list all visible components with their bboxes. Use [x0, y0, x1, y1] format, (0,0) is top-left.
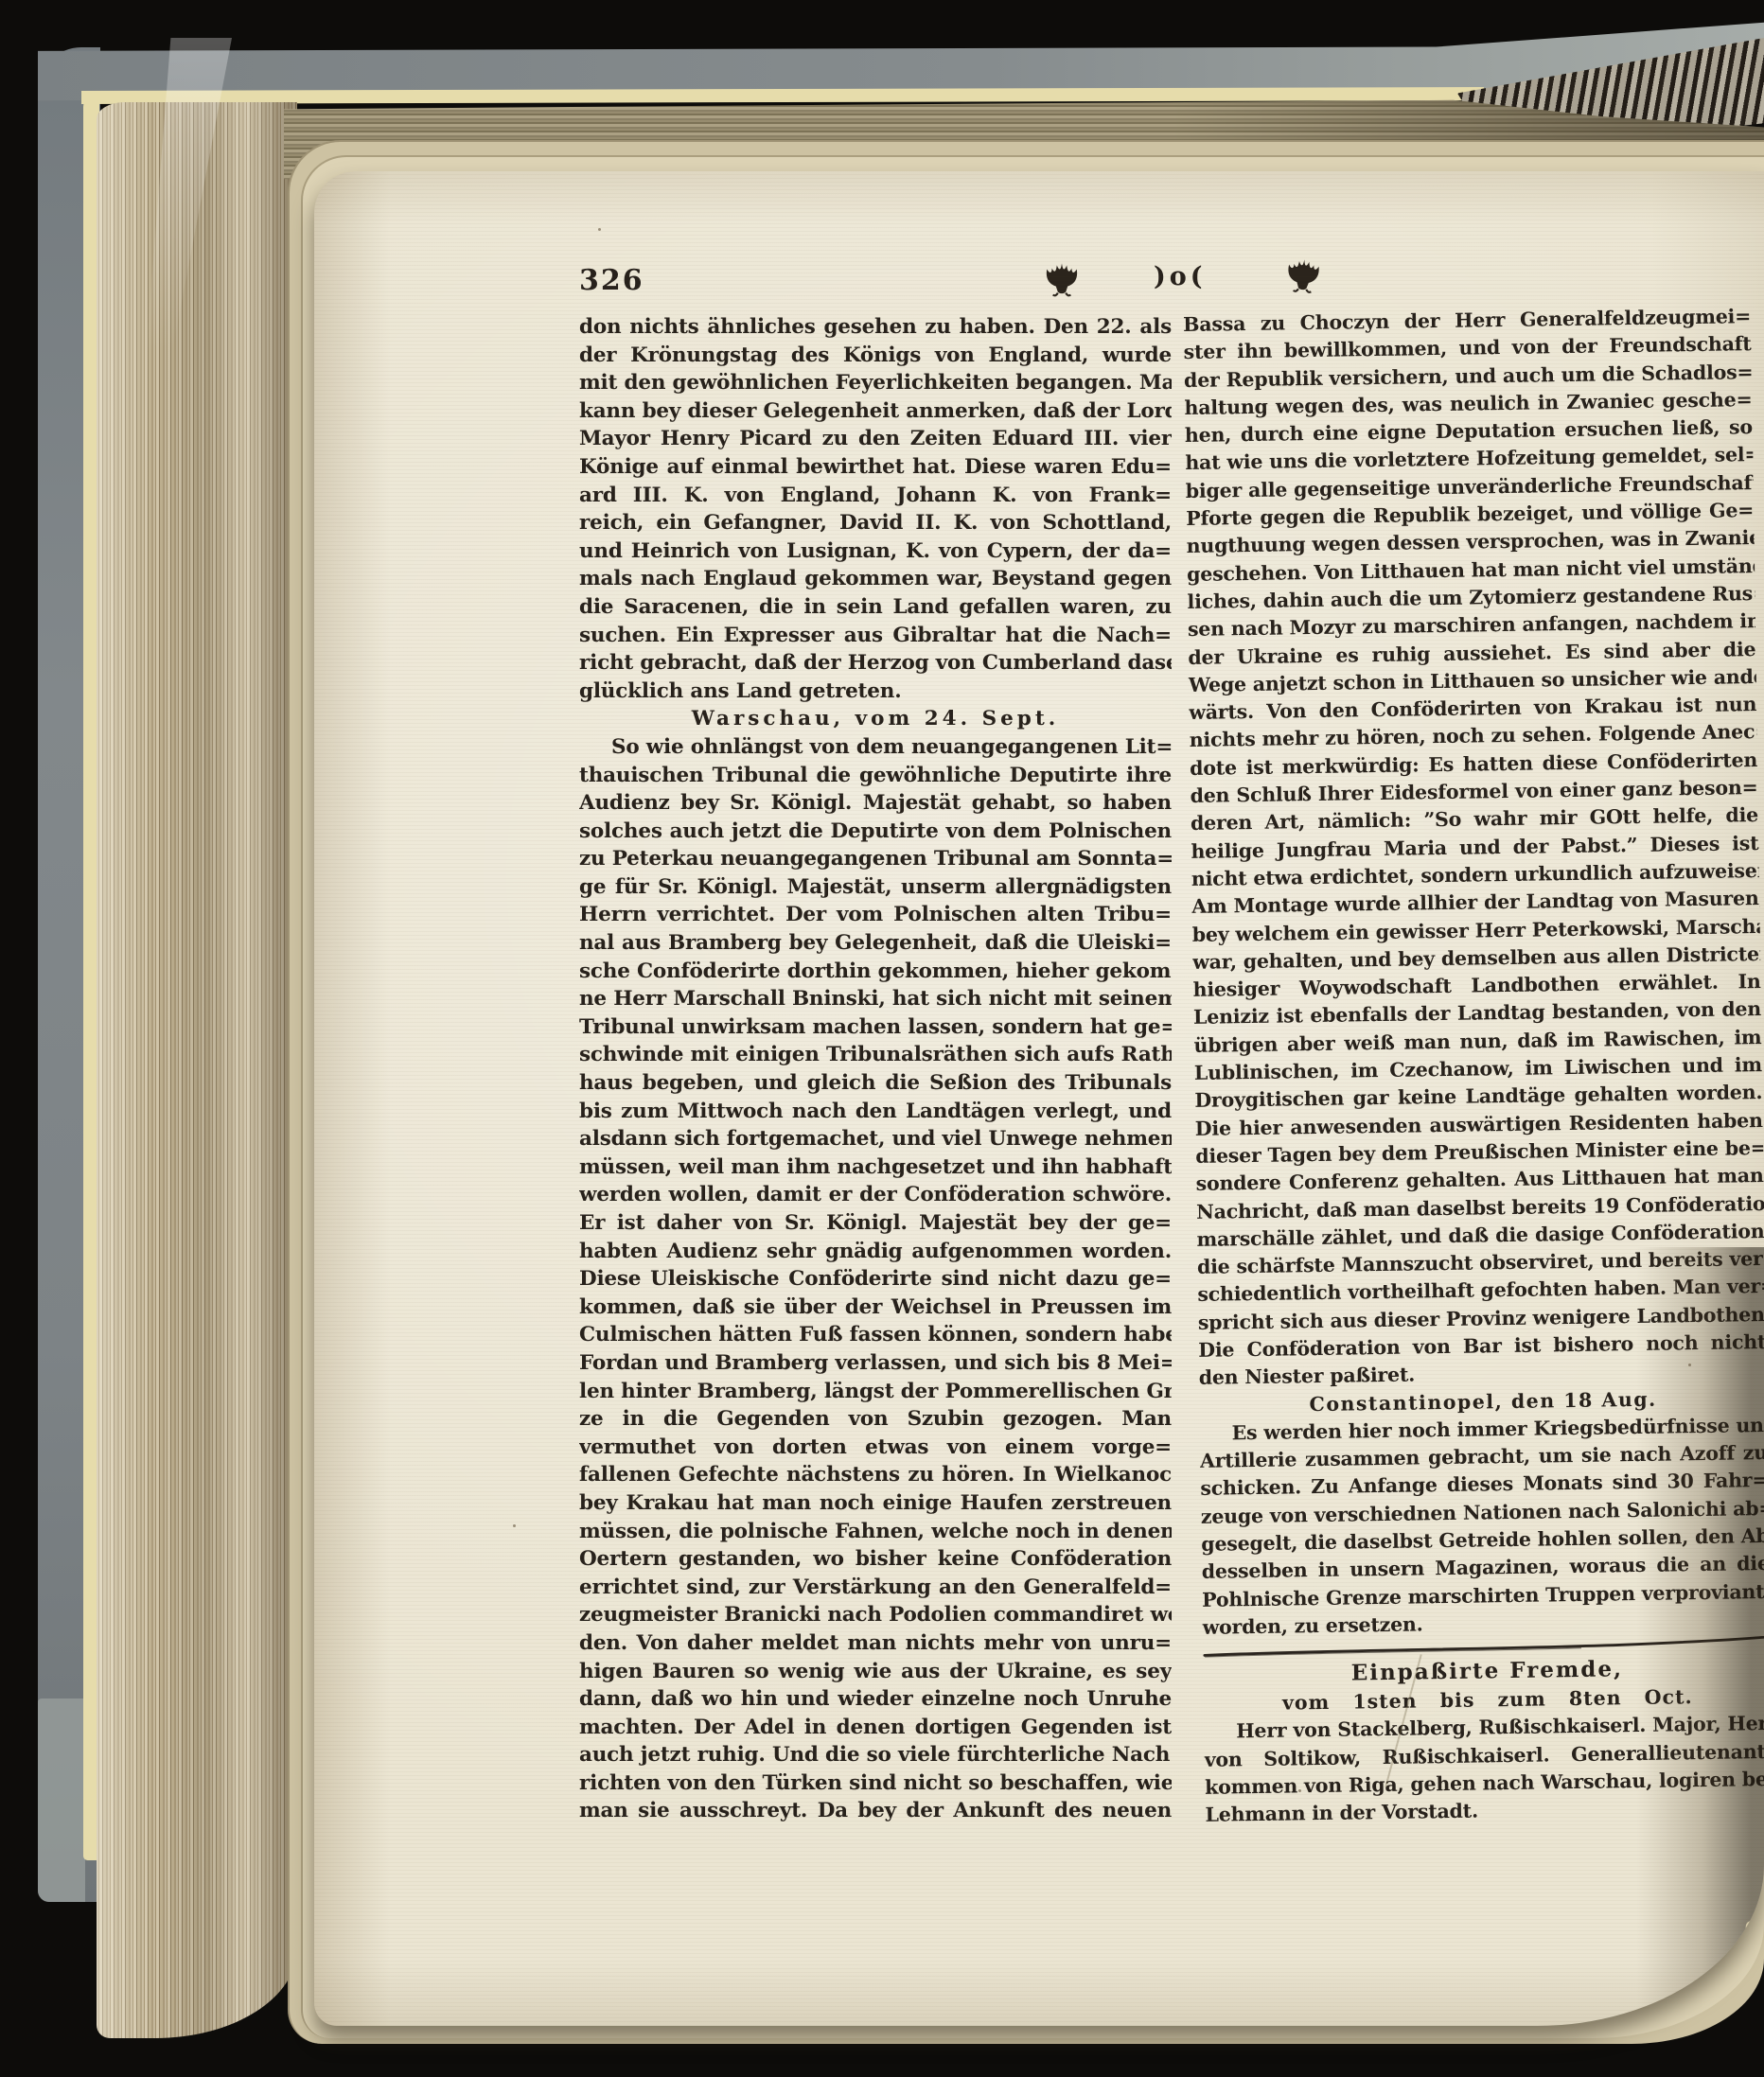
text-line: alsdann sich fortgemachet, und viel Unwe…: [579, 1125, 1172, 1153]
text-line: So wie ohnlängst von dem neuangegangenen…: [579, 733, 1172, 762]
text-line: müssen, weil man ihm nachgesetzet und ih…: [579, 1153, 1172, 1182]
page-number: 326: [579, 264, 644, 297]
paper-speck: [1688, 1364, 1691, 1366]
book-cover-corner-highlight: [38, 1699, 85, 1902]
text-line: mals nach Englaud gekommen war, Beystand…: [579, 565, 1172, 593]
paper-speck: [598, 228, 601, 231]
text-line: auch jetzt ruhig. Und die so viele fürch…: [579, 1741, 1172, 1769]
text-line: müssen, die polnische Fahnen, welche noc…: [579, 1518, 1172, 1546]
text-line: nal aus Bramberg bey Gelegenheit, daß di…: [579, 929, 1172, 958]
paper-speck: [513, 1524, 516, 1527]
text-line: glücklich ans Land getreten.: [579, 678, 1172, 706]
text-line: haus begeben, und gleich die Seßion des …: [579, 1069, 1172, 1098]
text-line: Fordan und Bramberg verlassen, und sich …: [579, 1349, 1172, 1378]
scanned-book-photo: 326 )o( don nichts ähnliches gesehe: [0, 0, 1764, 2077]
text-line: Culmischen hätten Fuß fassen können, son…: [579, 1321, 1172, 1349]
printer-parenthesis-mark: )o(: [1154, 262, 1207, 291]
paper-speck: [1431, 569, 1434, 572]
text-line: Er ist daher von Sr. Königl. Majestät be…: [579, 1209, 1172, 1238]
text-line: thauischen Tribunal die gewöhnliche Depu…: [579, 762, 1172, 790]
text-line: mit den gewöhnlichen Feyerlichkeiten beg…: [579, 369, 1172, 397]
open-page: 326 )o( don nichts ähnliches gesehe: [314, 171, 1764, 2026]
text-line: zeugmeister Branicki nach Podolien comma…: [579, 1601, 1172, 1629]
text-line: Diese Uleiskische Conföderirte sind nich…: [579, 1265, 1172, 1294]
text-line: habten Audienz sehr gnädig aufgenommen w…: [579, 1238, 1172, 1266]
dateline-warsaw: Warschau, vom 24. Sept.: [579, 705, 1172, 733]
paragraph: Herr von Stackelberg, Rußischkaiserl. Ma…: [1204, 1710, 1764, 1829]
text-line: higen Bauren so wenig wie aus der Ukrain…: [579, 1658, 1172, 1686]
text-line: sche Conföderirte dorthin gekommen, hieh…: [579, 958, 1172, 986]
text-line: ge für Sr. Königl. Majestät, unserm alle…: [579, 873, 1172, 902]
text-line: die Saracenen, die in sein Land gefallen…: [579, 593, 1172, 622]
text-line: len hinter Bramberg, längst der Pommerel…: [579, 1378, 1172, 1406]
text-line: und Heinrich von Lusignan, K. von Cypern…: [579, 537, 1172, 566]
text-line: vermuthet von dorten etwas von einem vor…: [579, 1434, 1172, 1462]
paragraph: Es werden hier noch immer Kriegsbedürfni…: [1199, 1412, 1764, 1642]
right-text-column: Bassa zu Choczyn der Herr Generalfeldzeu…: [1183, 303, 1764, 1829]
left-text-column: don nichts ähnliches gesehen zu haben. D…: [579, 313, 1172, 1825]
text-line: dann, daß wo hin und wieder einzelne noc…: [579, 1685, 1172, 1714]
text-line: don nichts ähnliches gesehen zu haben. D…: [579, 313, 1172, 342]
text-line: bis zum Mittwoch nach den Landtägen verl…: [579, 1098, 1172, 1126]
text-line: reich, ein Gefangner, David II. K. von S…: [579, 509, 1172, 537]
text-line: machten. Der Adel in denen dortigen Gege…: [579, 1714, 1172, 1742]
text-line: schwinde mit einigen Tribunalsräthen sic…: [579, 1041, 1172, 1069]
text-line: suchen. Ein Expresser aus Gibraltar hat …: [579, 622, 1172, 650]
text-line: ze in die Gegenden von Szubin gezogen. M…: [579, 1405, 1172, 1434]
text-line: werden wollen, damit er der Conföderatio…: [579, 1181, 1172, 1209]
printer-shell-ornament-icon: [1280, 255, 1327, 299]
text-line: ard III. K. von England, Johann K. von F…: [579, 482, 1172, 510]
text-line: solches auch jetzt die Deputirte von dem…: [579, 818, 1172, 846]
paragraph: Bassa zu Choczyn der Herr Generalfeldzeu…: [1183, 303, 1764, 1392]
text-line: der Krönungstag des Königs von England, …: [579, 342, 1172, 370]
text-line: zu Peterkau neuangegangenen Tribunal am …: [579, 845, 1172, 873]
paragraph: don nichts ähnliches gesehen zu haben. D…: [579, 313, 1172, 705]
text-line: kommen, daß sie über der Weichsel in Pre…: [579, 1294, 1172, 1322]
paragraph: So wie ohnlängst von dem neuangegangenen…: [579, 733, 1172, 1825]
text-line: Könige auf einmal bewirthet hat. Diese w…: [579, 453, 1172, 482]
text-line: Herrn verrichtet. Der vom Polnischen alt…: [579, 901, 1172, 929]
text-line: Audienz bey Sr. Königl. Majestät gehabt,…: [579, 789, 1172, 818]
text-line: ne Herr Marschall Bninski, hat sich nich…: [579, 985, 1172, 1013]
page-stack-fore-edge: [97, 102, 297, 2038]
text-line: bey Krakau hat man noch einige Haufen ze…: [579, 1489, 1172, 1518]
text-line: kann bey dieser Gelegenheit anmerken, da…: [579, 397, 1172, 426]
text-line: Tribunal unwirksam machen lassen, sonder…: [579, 1013, 1172, 1042]
text-line: Oertern gestanden, wo bisher keine Confö…: [579, 1545, 1172, 1574]
paper-speck: [1298, 1789, 1301, 1792]
text-line: den. Von daher meldet man nichts mehr vo…: [579, 1629, 1172, 1658]
text-line: errichtet sind, zur Verstärkung an den G…: [579, 1574, 1172, 1602]
text-line: Mayor Henry Picard zu den Zeiten Eduard …: [579, 425, 1172, 453]
printer-shell-ornament-icon: [1040, 260, 1084, 302]
text-line: richten von den Türken sind nicht so bes…: [579, 1769, 1172, 1798]
text-line: richt gebracht, daß der Herzog von Cumbe…: [579, 649, 1172, 678]
text-line: fallenen Gefechte nächstens zu hören. In…: [579, 1461, 1172, 1489]
text-line: man sie ausschreyt. Da bey der Ankunft d…: [579, 1797, 1172, 1825]
